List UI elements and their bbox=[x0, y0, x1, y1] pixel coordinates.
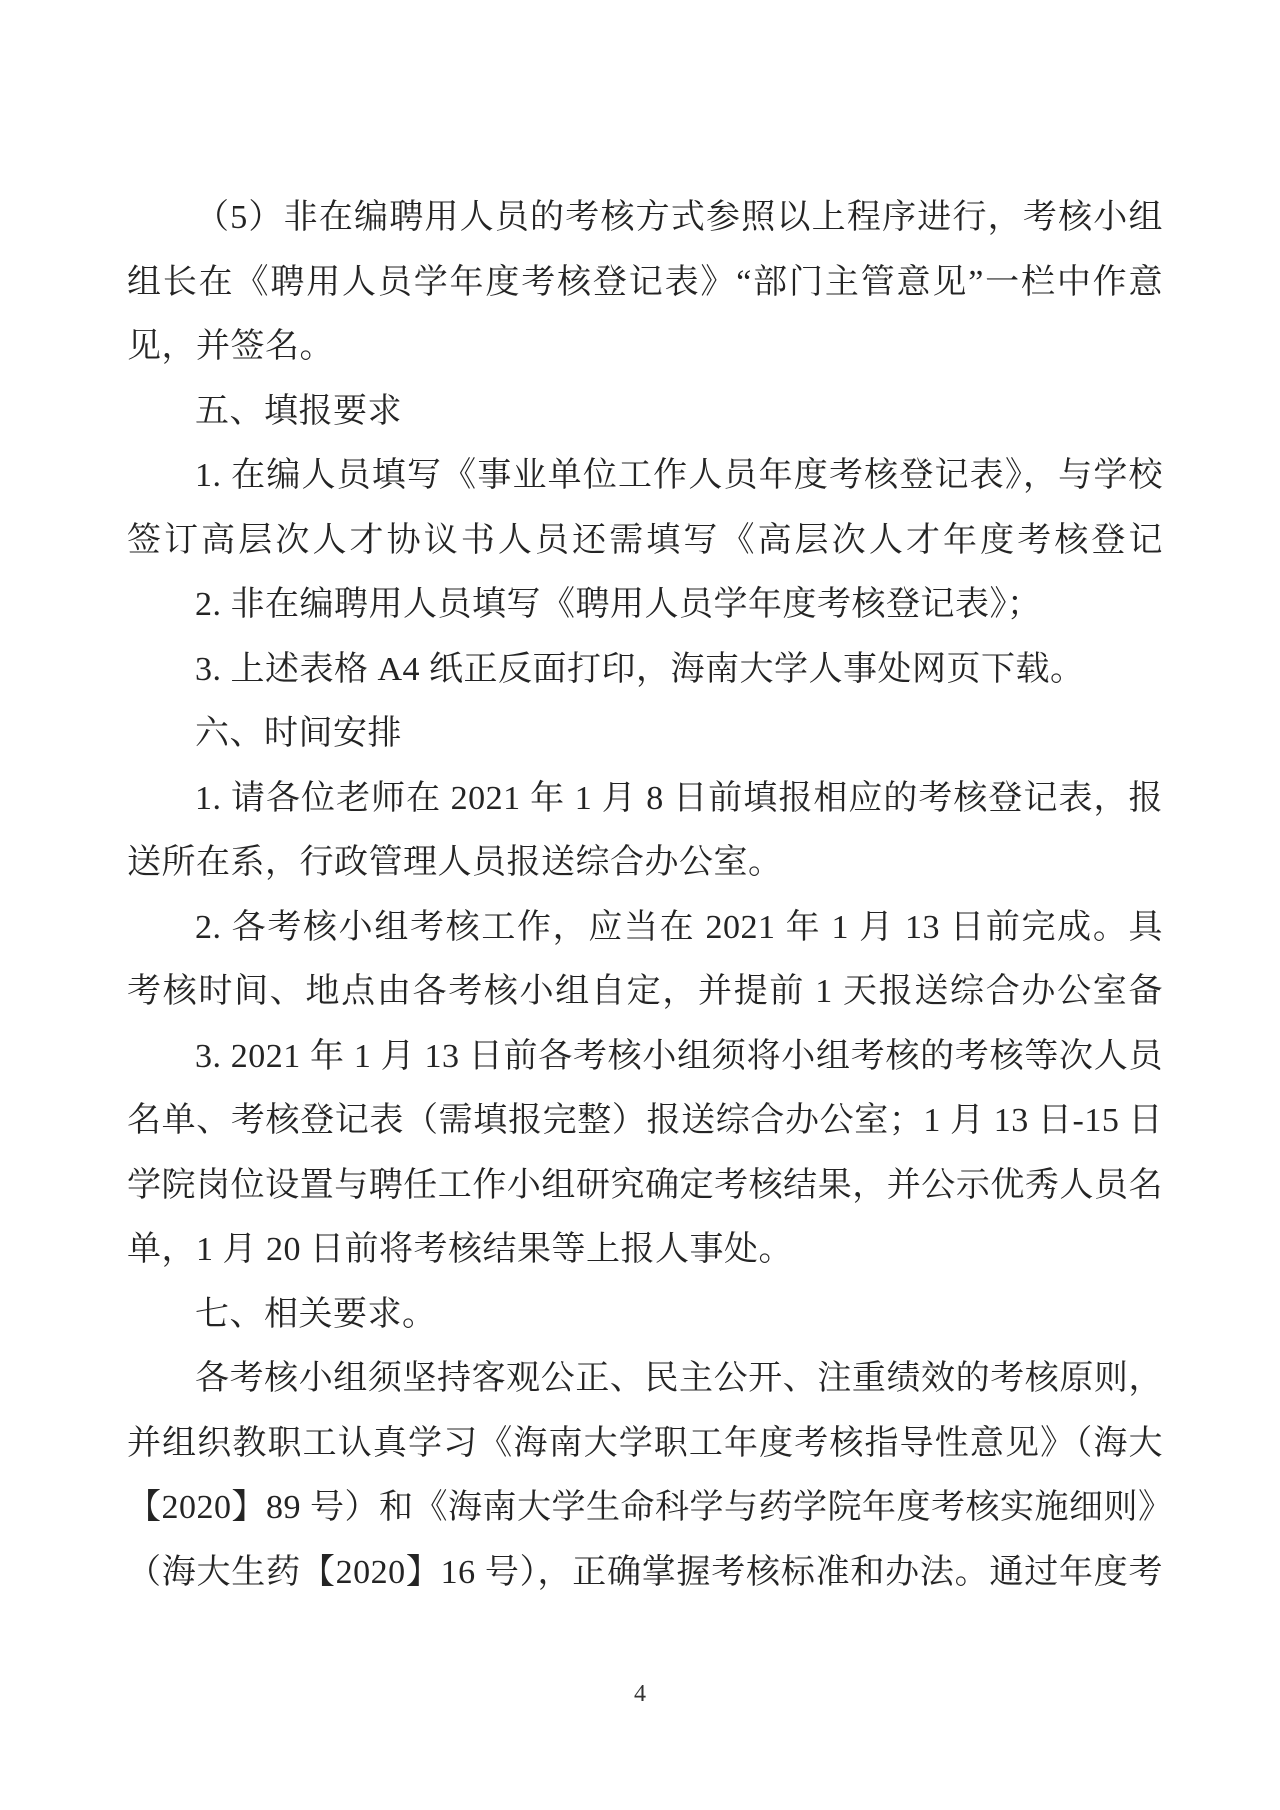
text-line: 2. 非在编聘用人员填写《聘用人员学年度考核登记表》； bbox=[127, 573, 1163, 638]
text-line: 组长在《聘用人员学年度考核登记表》“部门主管意见”一栏中作意 bbox=[127, 251, 1163, 316]
text-line: 【2020】89 号）和《海南大学生命科学与药学院年度考核实施细则》 bbox=[127, 1476, 1163, 1541]
text-line: （5）非在编聘用人员的考核方式参照以上程序进行，考核小组 bbox=[127, 186, 1163, 251]
text-line: 学院岗位设置与聘任工作小组研究确定考核结果，并公示优秀人员名 bbox=[127, 1154, 1163, 1219]
text-line: 签订高层次人才协议书人员还需填写《高层次人才年度考核登记表》； bbox=[127, 509, 1163, 574]
text-line: 并组织教职工认真学习《海南大学职工年度考核指导性意见》（海大 bbox=[127, 1412, 1163, 1477]
text-line: 五、填报要求 bbox=[127, 380, 1163, 445]
text-line: 各考核小组须坚持客观公正、民主公开、注重绩效的考核原则， bbox=[127, 1347, 1163, 1412]
text-line: 七、相关要求。 bbox=[127, 1283, 1163, 1348]
page-number: 4 bbox=[0, 1678, 1280, 1710]
text-line: 2. 各考核小组考核工作，应当在 2021 年 1 月 13 日前完成。具体 bbox=[127, 896, 1163, 961]
document-body: （5）非在编聘用人员的考核方式参照以上程序进行，考核小组组长在《聘用人员学年度考… bbox=[127, 186, 1163, 1605]
text-line: 单，1 月 20 日前将考核结果等上报人事处。 bbox=[127, 1218, 1163, 1283]
text-line: 名单、考核登记表（需填报完整）报送综合办公室；1 月 13 日-15 日 bbox=[127, 1089, 1163, 1154]
text-line: 考核时间、地点由各考核小组自定，并提前 1 天报送综合办公室备案。 bbox=[127, 960, 1163, 1025]
text-line: 送所在系，行政管理人员报送综合办公室。 bbox=[127, 831, 1163, 896]
text-line: 见，并签名。 bbox=[127, 315, 1163, 380]
text-line: 1. 请各位老师在 2021 年 1 月 8 日前填报相应的考核登记表，报 bbox=[127, 767, 1163, 832]
text-line: 3. 2021 年 1 月 13 日前各考核小组须将小组考核的考核等次人员 bbox=[127, 1025, 1163, 1090]
text-line: 六、时间安排 bbox=[127, 702, 1163, 767]
text-line: 1. 在编人员填写《事业单位工作人员年度考核登记表》，与学校 bbox=[127, 444, 1163, 509]
text-line: 3. 上述表格 A4 纸正反面打印，海南大学人事处网页下载。 bbox=[127, 638, 1163, 703]
document-page: （5）非在编聘用人员的考核方式参照以上程序进行，考核小组组长在《聘用人员学年度考… bbox=[0, 0, 1280, 1810]
text-line: （海大生药【2020】16 号），正确掌握考核标准和办法。通过年度考 bbox=[127, 1541, 1163, 1606]
